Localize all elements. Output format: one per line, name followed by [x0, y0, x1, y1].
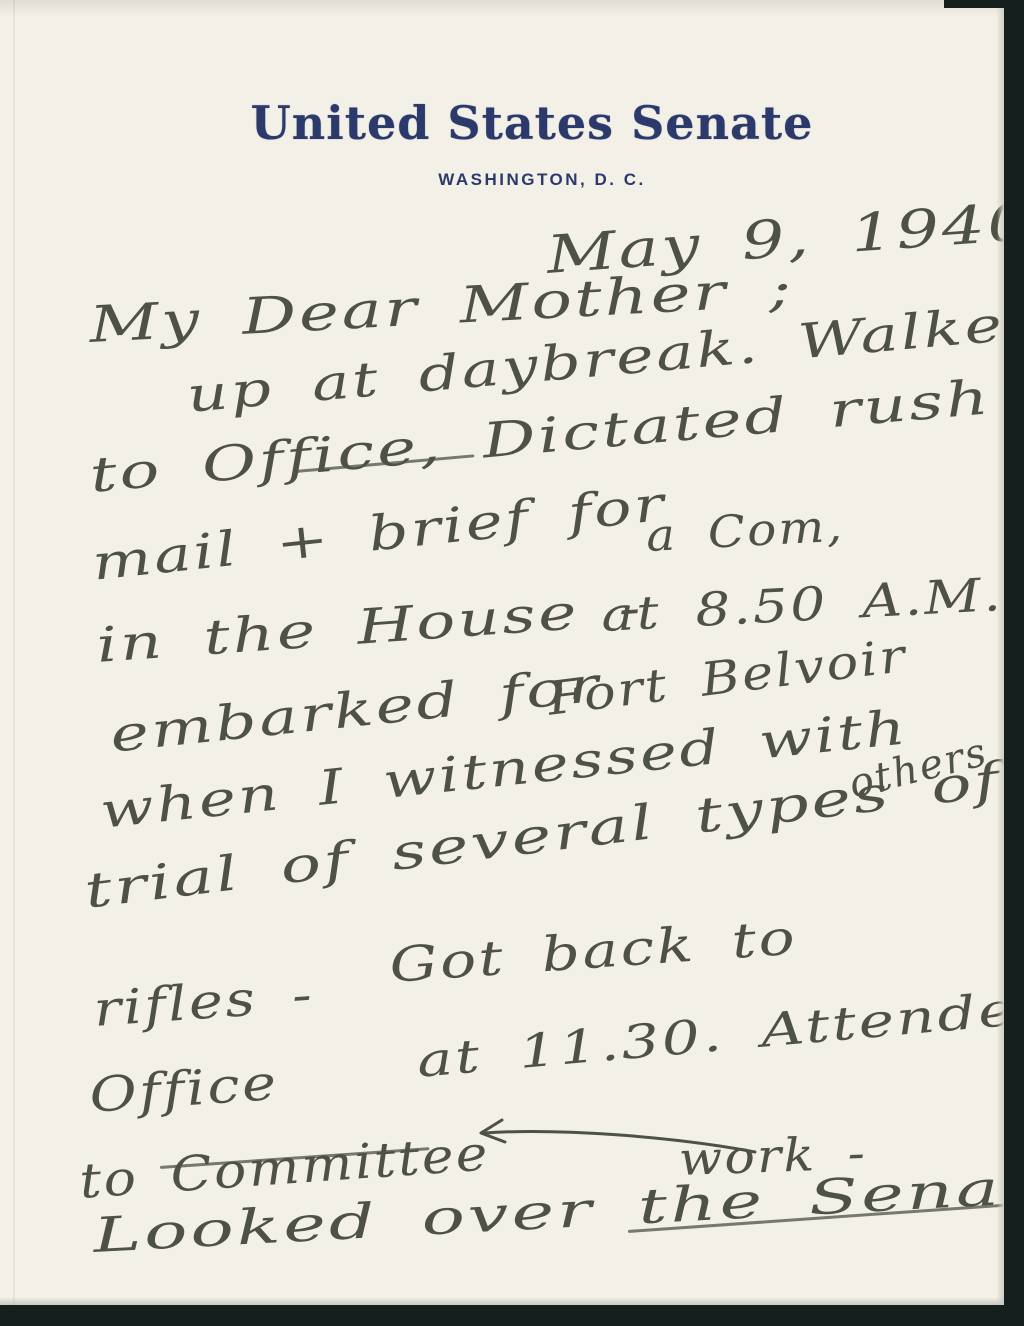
handwritten-line-4b: at 8.50 A.M.: [600, 571, 1004, 638]
paper-bottom-edge: [0, 1298, 1004, 1305]
letterhead-subtitle: WASHINGTON, D. C.: [438, 170, 645, 190]
scan-backing-right: [1004, 0, 1024, 1326]
handwritten-line-9b: at 11.30. Attended: [415, 982, 1024, 1084]
paper-crease: [13, 0, 15, 1326]
handwritten-line-4: in the House -: [95, 584, 645, 670]
scan-backing-top-right: [944, 0, 1024, 8]
letterhead-title: United States Senate: [251, 96, 814, 150]
handwritten-line-8b: Got back to: [388, 914, 799, 990]
letter-scan: United States Senate WASHINGTON, D. C. M…: [0, 0, 1024, 1326]
paper-right-edge: [997, 0, 1004, 1326]
handwritten-line-3b: a Com,: [645, 505, 845, 559]
handwritten-line-8: rifles -: [92, 971, 316, 1034]
scan-backing-bottom: [0, 1305, 1024, 1326]
paper-top-shadow: [0, 0, 1024, 16]
handwritten-line-9: Office: [88, 1059, 280, 1120]
arrow-annotation: [460, 1108, 770, 1168]
